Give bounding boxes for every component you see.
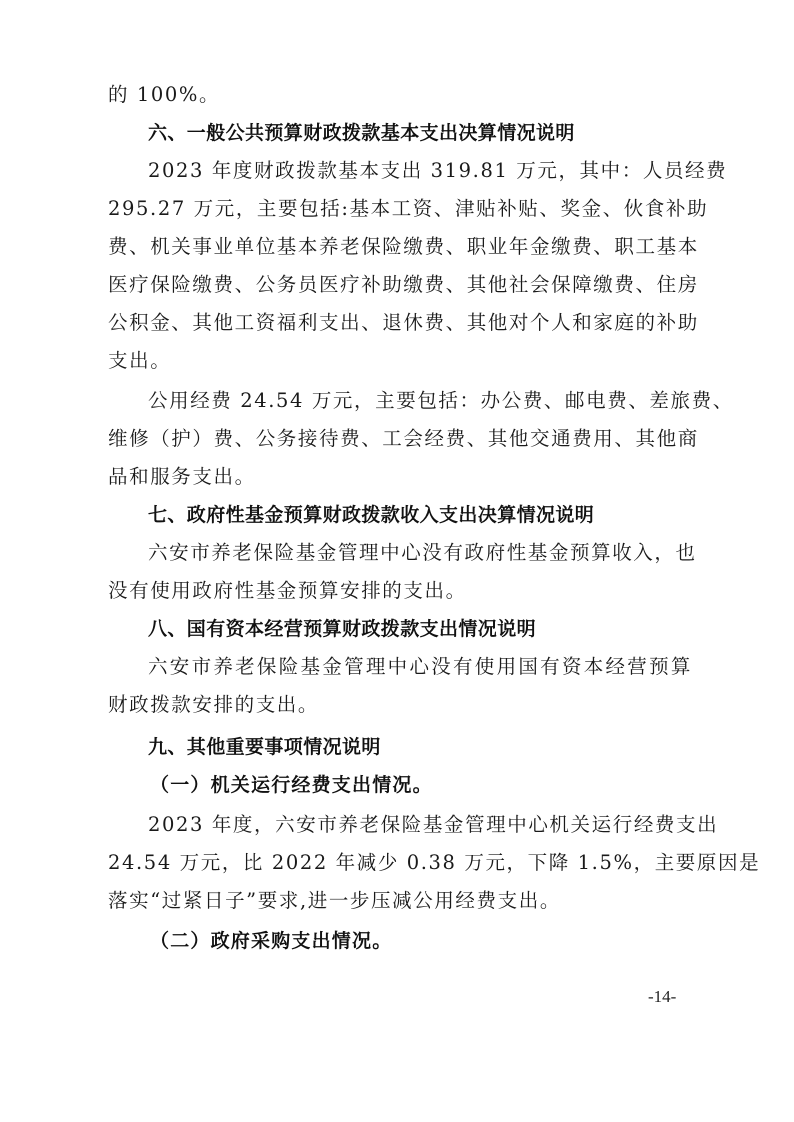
- paragraph-line: 295.27 万元，主要包括:基本工资、津贴补贴、奖金、伙食补助: [108, 194, 692, 224]
- paragraph-line: 2023 年度，六安市养老保险基金管理中心机关运行经费支出: [148, 810, 692, 840]
- page-number: -14-: [648, 985, 676, 1009]
- paragraph-line: 24.54 万元，比 2022 年减少 0.38 万元，下降 1.5%，主要原因…: [108, 848, 692, 878]
- document-page: 的 100%。 六、一般公共预算财政拨款基本支出决算情况说明 2023 年度财政…: [0, 0, 794, 1122]
- subsection-1-heading: （一）机关运行经费支出情况。: [150, 770, 433, 800]
- paragraph-line: 费、机关事业单位基本养老保险缴费、职业年金缴费、职工基本: [108, 232, 692, 262]
- section-6-heading: 六、一般公共预算财政拨款基本支出决算情况说明: [148, 118, 575, 148]
- paragraph-line: 公积金、其他工资福利支出、退休费、其他对个人和家庭的补助: [108, 308, 692, 338]
- paragraph-line: 公用经费 24.54 万元，主要包括：办公费、邮电费、差旅费、: [148, 386, 692, 416]
- section-8-heading: 八、国有资本经营预算财政拨款支出情况说明: [148, 614, 536, 644]
- paragraph-line: 财政拨款安排的支出。: [108, 690, 692, 720]
- paragraph-line: 六安市养老保险基金管理中心没有政府性基金预算收入，也: [148, 538, 692, 568]
- paragraph-line: 没有使用政府性基金预算安排的支出。: [108, 576, 692, 606]
- continuation-text: 的 100%。: [108, 80, 692, 110]
- section-9-heading: 九、其他重要事项情况说明: [148, 732, 381, 762]
- paragraph-line: 支出。: [108, 346, 692, 376]
- subsection-2-heading: （二）政府采购支出情况。: [150, 926, 392, 956]
- paragraph-line: 维修（护）费、公务接待费、工会经费、其他交通费用、其他商: [108, 424, 692, 454]
- paragraph-line: 落实“过紧日子”要求,进一步压减公用经费支出。: [108, 886, 692, 916]
- section-7-heading: 七、政府性基金预算财政拨款收入支出决算情况说明: [148, 500, 594, 530]
- paragraph-line: 医疗保险缴费、公务员医疗补助缴费、其他社会保障缴费、住房: [108, 270, 692, 300]
- paragraph-line: 2023 年度财政拨款基本支出 319.81 万元，其中：人员经费: [148, 156, 692, 186]
- paragraph-line: 六安市养老保险基金管理中心没有使用国有资本经营预算: [148, 652, 692, 682]
- paragraph-line: 品和服务支出。: [108, 462, 692, 492]
